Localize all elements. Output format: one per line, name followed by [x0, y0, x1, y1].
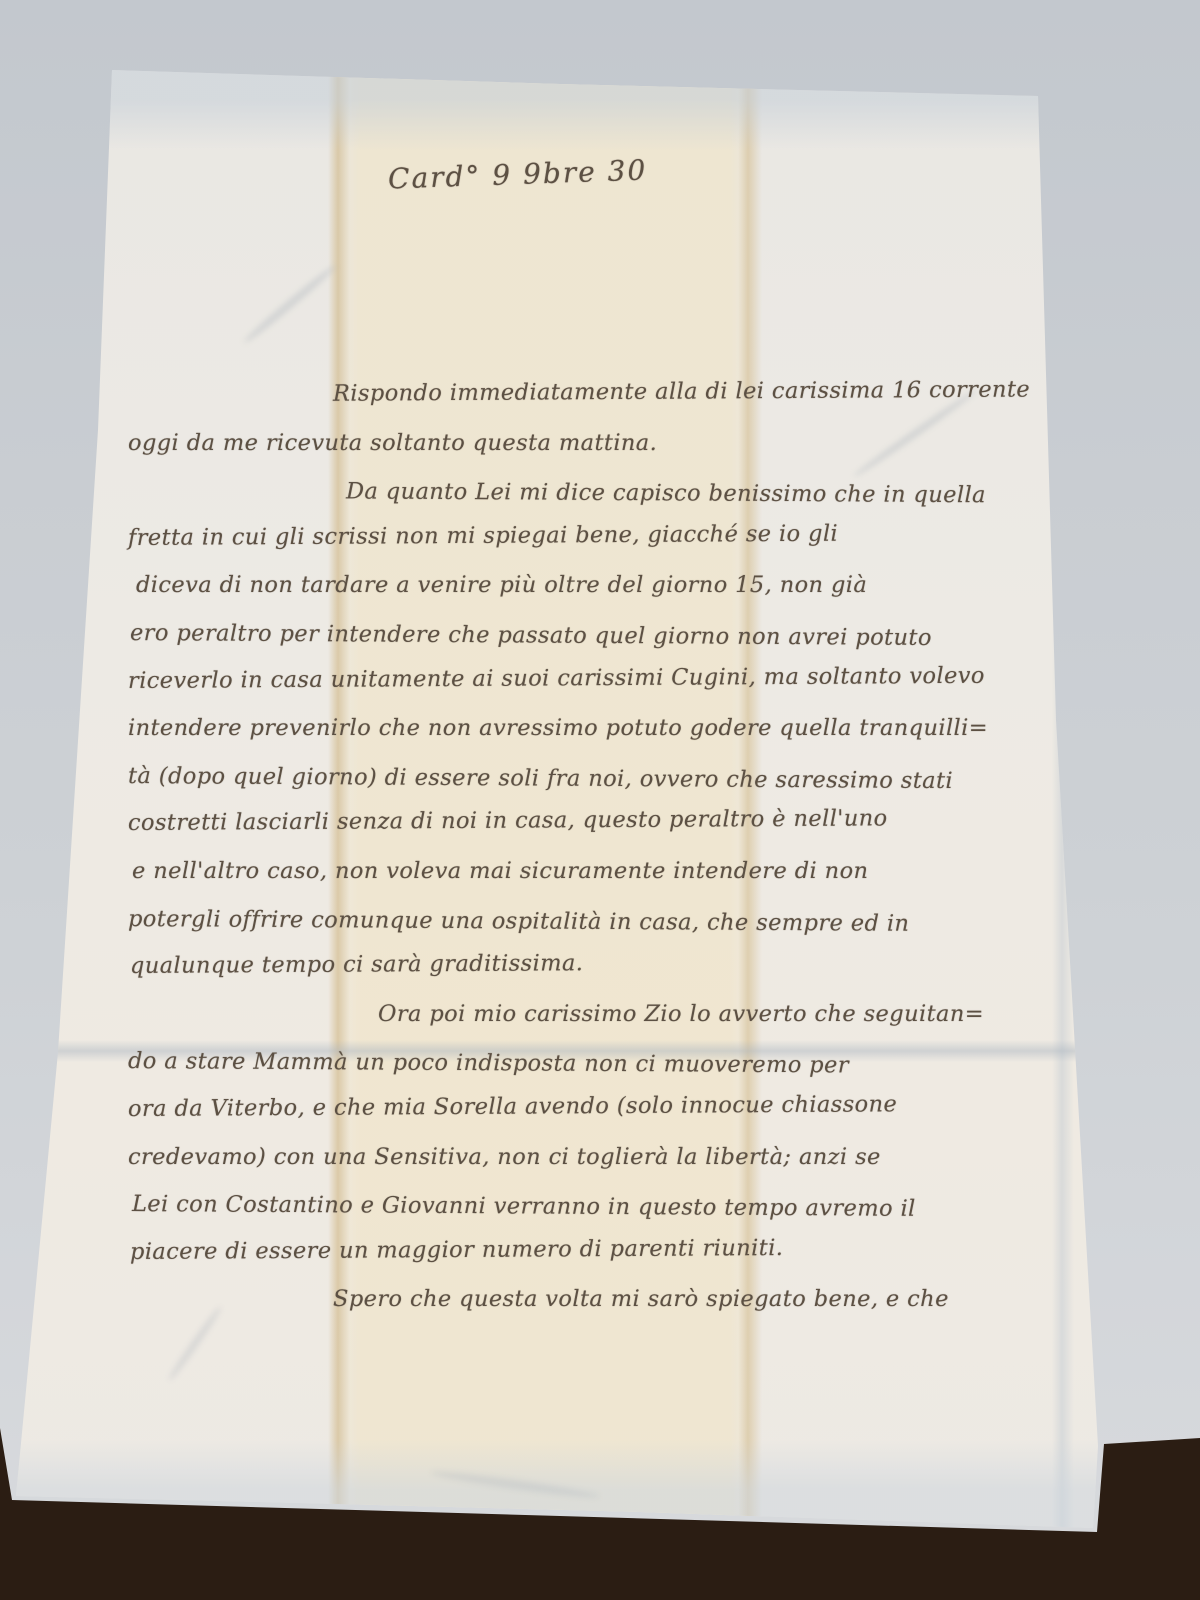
handwriting-line: oggi da me ricevuta soltanto questa matt…	[128, 420, 1048, 468]
photo-scene: Card° 9 9bre 30 Rispondo immediatamente …	[0, 0, 1200, 1600]
ink-bleed-mark	[430, 1468, 600, 1501]
handwriting-line: credevamo) con una Sensitiva, non ci tog…	[128, 1134, 1048, 1182]
handwriting-line: fretta in cui gli scrissi non mi spiegai…	[128, 509, 1048, 562]
handwriting-line: intendere prevenirlo che non avressimo p…	[128, 705, 1048, 753]
handwriting-line: costretti lasciarli senza di noi in casa…	[128, 795, 1048, 848]
handwriting-line: Spero che questa volta mi sarò spiegato …	[128, 1276, 1048, 1324]
handwriting-line: diceva di non tardare a venire più oltre…	[128, 562, 1048, 610]
handwriting-line: qualunque tempo ci sarà graditissima.	[128, 938, 1048, 991]
handwriting-line: e nell'altro caso, non voleva mai sicura…	[128, 848, 1048, 896]
ink-bleed-mark	[241, 262, 338, 345]
letter-lines: Rispondo immediatamente alla di lei cari…	[128, 372, 1048, 1324]
handwriting-line: piacere di essere un maggior numero di p…	[128, 1223, 1048, 1276]
handwriting-line: Ora poi mio carissimo Zio lo avverto che…	[128, 991, 1048, 1039]
handwriting-line: ora da Viterbo, e che mia Sorella avendo…	[128, 1080, 1048, 1133]
handwriting-line: Rispondo immediatamente alla di lei cari…	[128, 366, 1048, 419]
handwriting-line: riceverlo in casa unitamente ai suoi car…	[128, 652, 1048, 705]
